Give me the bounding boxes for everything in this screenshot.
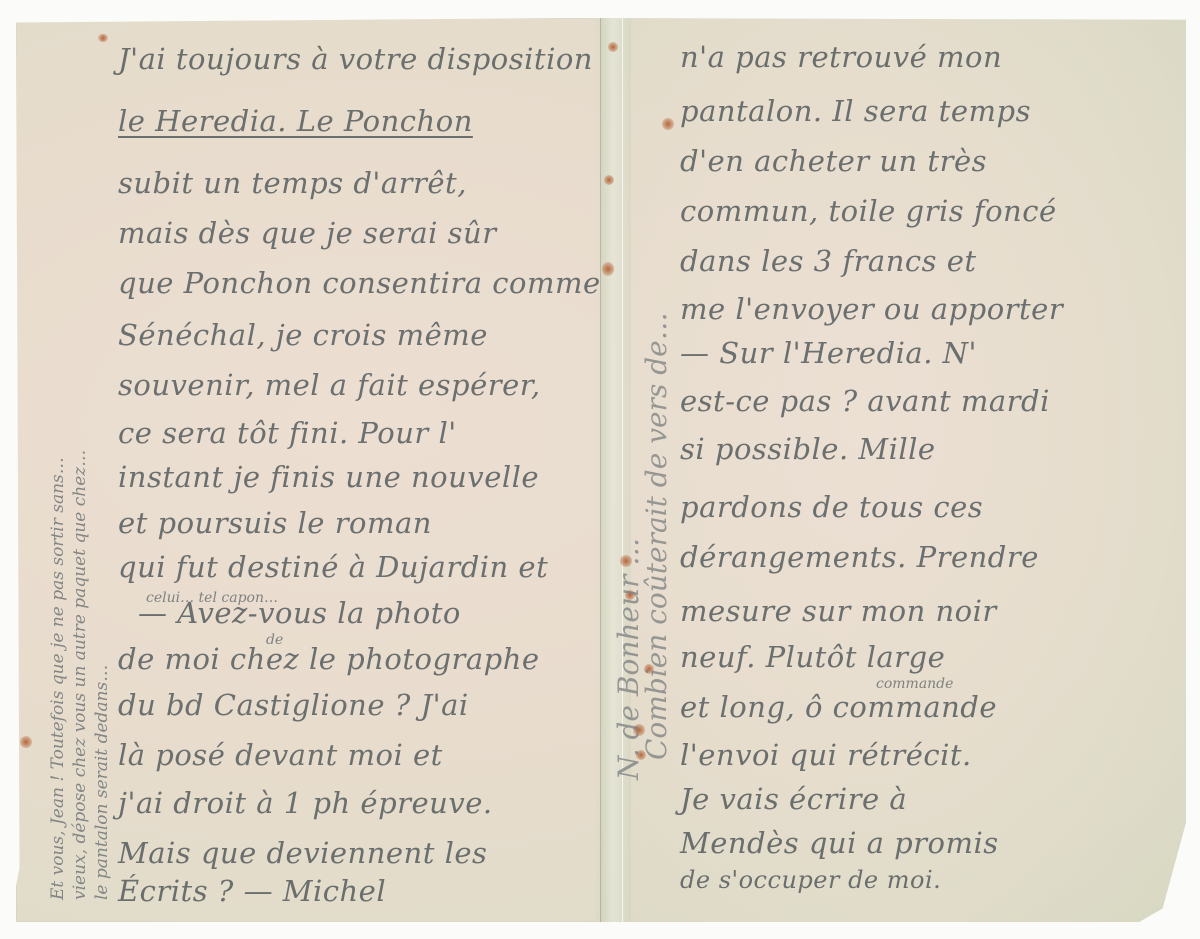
left-line-10: et poursuis le roman	[118, 506, 432, 540]
right-line-1: n'a pas retrouvé mon	[680, 40, 1002, 74]
left-margin-note-3: le pantalon serait dedans…	[92, 665, 112, 900]
right-line-13: neuf. Plutôt large	[680, 640, 945, 674]
right-line-10: pardons de tous ces	[680, 490, 983, 524]
left-line-4: mais dès que je serai sûr	[118, 216, 497, 250]
left-margin-note-2: vieux, dépose chez vous un autre paquet …	[70, 450, 90, 900]
foxing-spot	[20, 736, 32, 748]
right-line-12: mesure sur mon noir	[680, 594, 997, 628]
left-line-9: instant je finis une nouvelle	[118, 460, 539, 494]
left-line-14: du bd Castiglione ? J'ai	[118, 688, 469, 722]
left-line-3: subit un temps d'arrêt,	[118, 166, 467, 200]
right-line-17: Mendès qui a promis	[680, 826, 999, 860]
foxing-spot	[662, 118, 674, 130]
fold-crease	[622, 18, 623, 922]
foxing-spot	[604, 175, 614, 185]
left-margin-note-1: Et vous, Jean ! Toutefois que je ne pas …	[48, 457, 68, 900]
right-line-15: l'envoi qui rétrécit.	[680, 738, 972, 772]
right-line-18: de s'occuper de moi.	[680, 866, 941, 894]
left-line-13: de moi chez le photographe	[118, 642, 540, 676]
left-line-8: ce sera tôt fini. Pour l'	[118, 416, 457, 450]
right-line-4: commun, toile gris foncé	[680, 194, 1057, 228]
center-fold	[600, 18, 631, 922]
right-line-16: Je vais écrire à	[680, 782, 907, 816]
left-line-11: qui fut destiné à Dujardin et	[118, 550, 548, 584]
right-line-11: dérangements. Prendre	[680, 540, 1039, 574]
left-line-16: j'ai droit à 1 ph épreuve.	[118, 786, 493, 820]
left-line-12: — Avez-vous la photo	[138, 596, 461, 630]
left-line-6: Sénéchal, je crois même	[118, 318, 488, 352]
right-line-8: est-ce pas ? avant mardi	[680, 384, 1050, 418]
foxing-spot	[98, 34, 108, 42]
left-line-5: que Ponchon consentira comme	[118, 266, 601, 300]
left-line-2: le Heredia. Le Ponchon	[118, 104, 473, 138]
gutter-note-2: N. de Bonheur …	[612, 538, 645, 780]
left-line-1: J'ai toujours à votre disposition	[118, 42, 593, 76]
left-line-15: là posé devant moi et	[118, 738, 443, 772]
right-line-6: me l'envoyer ou apporter	[680, 292, 1063, 326]
left-line-17: Mais que deviennent les	[118, 836, 487, 870]
right-line-2: pantalon. Il sera temps	[680, 94, 1031, 128]
left-line-7: souvenir, mel a fait espérer,	[118, 368, 541, 402]
foxing-spot	[602, 262, 614, 276]
right-line-5: dans les 3 francs et	[680, 244, 977, 278]
left-line-18: Écrits ? — Michel	[118, 874, 386, 908]
right-line-9: si possible. Mille	[680, 432, 936, 466]
foxing-spot	[608, 42, 618, 52]
heredia-underlined: le Heredia. Le Ponchon	[118, 104, 473, 138]
right-line-14: et long, ô commande	[680, 690, 997, 724]
right-line-3: d'en acheter un très	[680, 144, 987, 178]
right-line-7: — Sur l'Heredia. N'	[680, 336, 977, 370]
